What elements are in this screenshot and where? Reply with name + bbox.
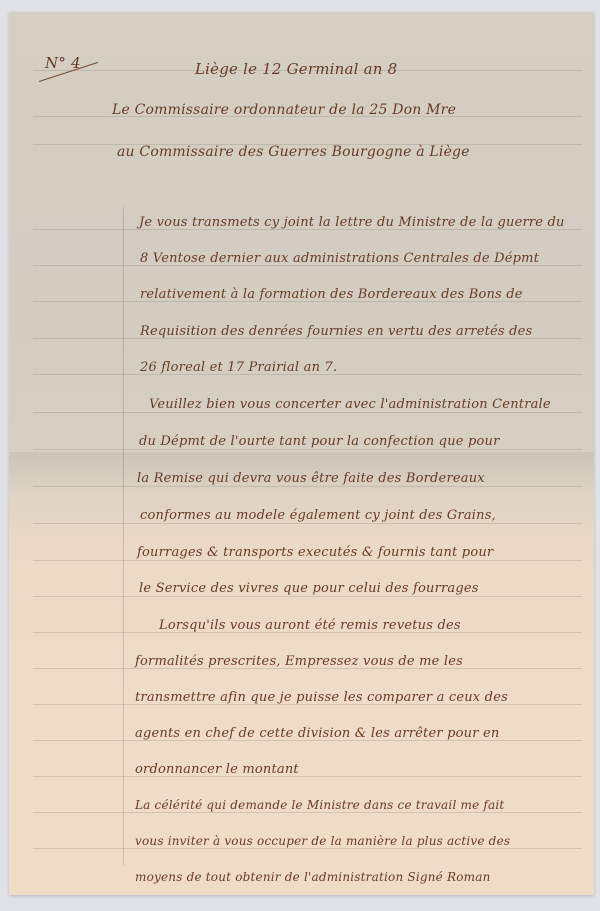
- body-line: du Dépmt de l'ourte tant pour la confect…: [139, 435, 500, 448]
- body-line: le Service des vivres que pour celui des…: [139, 582, 479, 595]
- ruled-line: [33, 486, 582, 487]
- body-line: la Remise qui devra vous être faite des …: [137, 472, 485, 485]
- recipient-line: au Commissaire des Guerres Bourgogne à L…: [117, 145, 470, 159]
- ruled-line: [33, 596, 582, 597]
- body-line: Veuillez bien vous concerter avec l'admi…: [149, 398, 551, 411]
- ruled-line: [33, 776, 582, 777]
- ruled-line: [33, 412, 582, 413]
- ruled-line: [33, 449, 582, 450]
- body-line: 26 floreal et 17 Prairial an 7.: [140, 361, 337, 374]
- body-line: Je vous transmets cy joint la lettre du …: [139, 216, 565, 229]
- body-line: relativement à la formation des Borderea…: [140, 288, 523, 301]
- body-line: transmettre afin que je puisse les compa…: [135, 691, 508, 704]
- body-line: Requisition des denrées fournies en vert…: [140, 325, 532, 338]
- letter-sheet: N° 4 Liège le 12 Germinal an 8 Le Commis…: [9, 12, 594, 895]
- body-line: vous inviter à vous occuper de la manièr…: [135, 835, 510, 847]
- margin-line: [123, 207, 124, 865]
- body-line: agents en chef de cette division & les a…: [135, 727, 499, 740]
- body-line: fourrages & transports executés & fourni…: [137, 546, 493, 559]
- dateline: Liège le 12 Germinal an 8: [195, 62, 397, 77]
- ruled-line: [33, 812, 582, 813]
- body-line: Lorsqu'ils vous auront été remis revetus…: [159, 619, 461, 632]
- body-line: La célérité qui demande le Ministre dans…: [135, 799, 504, 811]
- ruled-line: [33, 523, 582, 524]
- body-line: conformes au modele également cy joint d…: [140, 509, 496, 522]
- ruled-line: [33, 560, 582, 561]
- sender-line: Le Commissaire ordonnateur de la 25 Don …: [112, 103, 456, 117]
- body-line: formalités prescrites, Empressez vous de…: [135, 655, 463, 668]
- body-line: 8 Ventose dernier aux administrations Ce…: [140, 252, 539, 265]
- ruled-line: [33, 848, 582, 849]
- signature-line: moyens de tout obtenir de l'administrati…: [135, 871, 491, 883]
- body-line: ordonnancer le montant: [135, 763, 299, 776]
